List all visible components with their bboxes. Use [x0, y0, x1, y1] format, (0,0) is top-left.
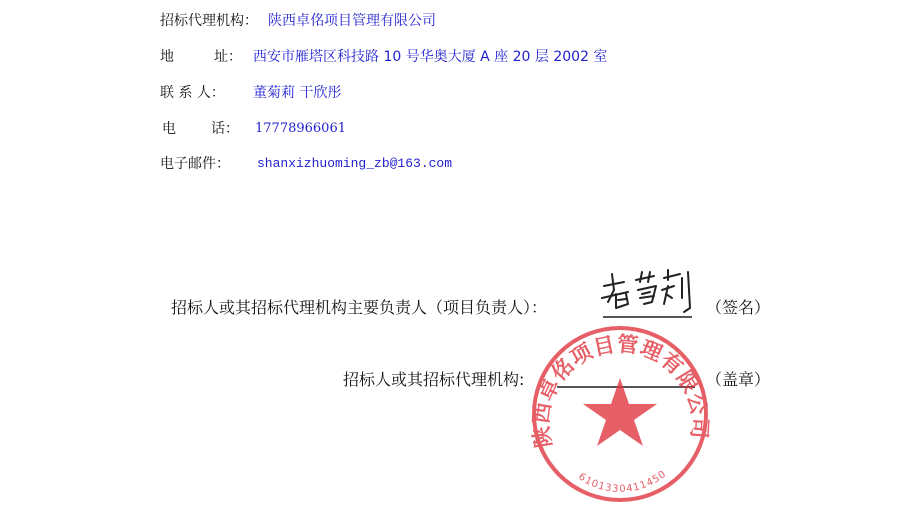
agency-value: 陕西卓佲项目管理有限公司: [268, 11, 436, 31]
contact-person-value: 董菊莉 干欣彤: [253, 83, 341, 103]
phone-value: 17778966061: [255, 119, 346, 139]
address-value: 西安市雁塔区科技路 10 号华奥大厦 A 座 20 层 2002 室: [253, 47, 607, 67]
address-label-char1: 地: [160, 47, 174, 67]
company-seal-icon: 陕西卓佲项目管理有限公司 6101330411450: [528, 318, 712, 508]
agency-stamp-suffix: （盖章）: [706, 369, 770, 391]
principal-label: 招标人或其招标代理机构主要负责人（项目负责人）：: [171, 297, 547, 319]
principal-suffix: （签名）: [706, 297, 770, 319]
agency-label: 招标代理机构：: [160, 11, 258, 31]
phone-label-char1: 电: [162, 119, 176, 139]
address-label-char2: 址：: [214, 47, 242, 67]
principal-signature-line: [603, 316, 692, 318]
svg-text:陕西卓佲项目管理有限公司: 陕西卓佲项目管理有限公司: [529, 332, 712, 450]
agency-stamp-label: 招标人或其招标代理机构:: [343, 369, 524, 391]
contact-person-label: 联 系 人：: [160, 83, 225, 103]
handwritten-signature: [598, 268, 698, 316]
phone-label-char2: 话：: [211, 119, 239, 139]
email-value: shanxizhuoming_zb@163.com: [257, 154, 452, 174]
agency-stamp-line: [557, 386, 695, 388]
seal-company-name: 陕西卓佲项目管理有限公司: [529, 332, 712, 450]
email-label: 电子邮件：: [160, 154, 230, 174]
seal-registration-number: 6101330411450: [576, 469, 669, 495]
svg-text:6101330411450: 6101330411450: [576, 469, 669, 495]
